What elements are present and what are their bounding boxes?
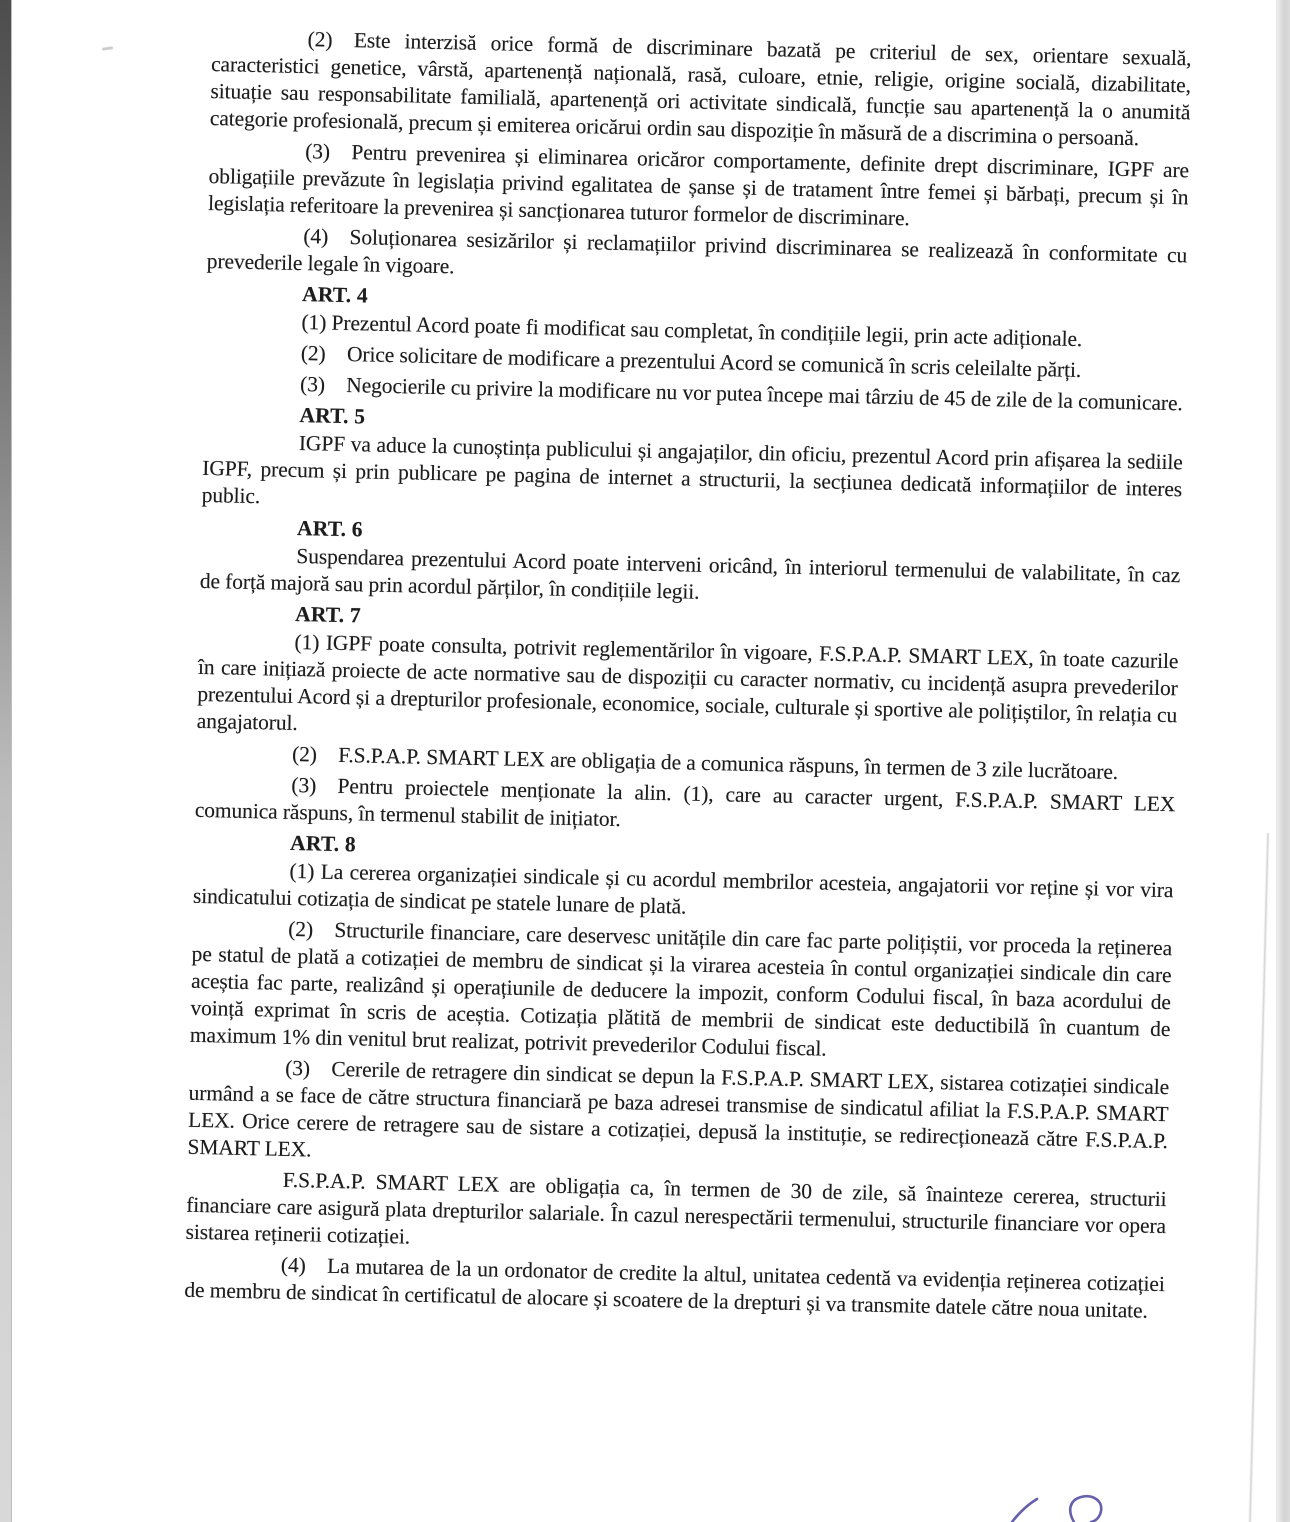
scan-shadow-left-edge — [0, 0, 12, 1522]
paragraph: (2) Este interzisă orice formă de discri… — [210, 24, 1192, 153]
document-text-block: (2) Este interzisă orice formă de discri… — [184, 24, 1192, 1325]
paragraph: (1) IGPF poate consulta, potrivit reglem… — [196, 627, 1178, 756]
scan-speck — [102, 46, 113, 51]
paragraph: (2) Structurile financiare, care deserve… — [190, 914, 1173, 1070]
page-right-edge — [1276, 0, 1290, 1522]
signature-ink — [1006, 1492, 1146, 1522]
paragraph: (3) Cererile de retragere din sindicat s… — [187, 1053, 1169, 1182]
paragraph: F.S.P.A.P. SMART LEX are obligația ca, î… — [185, 1165, 1167, 1267]
paragraph: (3) Pentru prevenirea și eliminarea oric… — [208, 136, 1190, 238]
